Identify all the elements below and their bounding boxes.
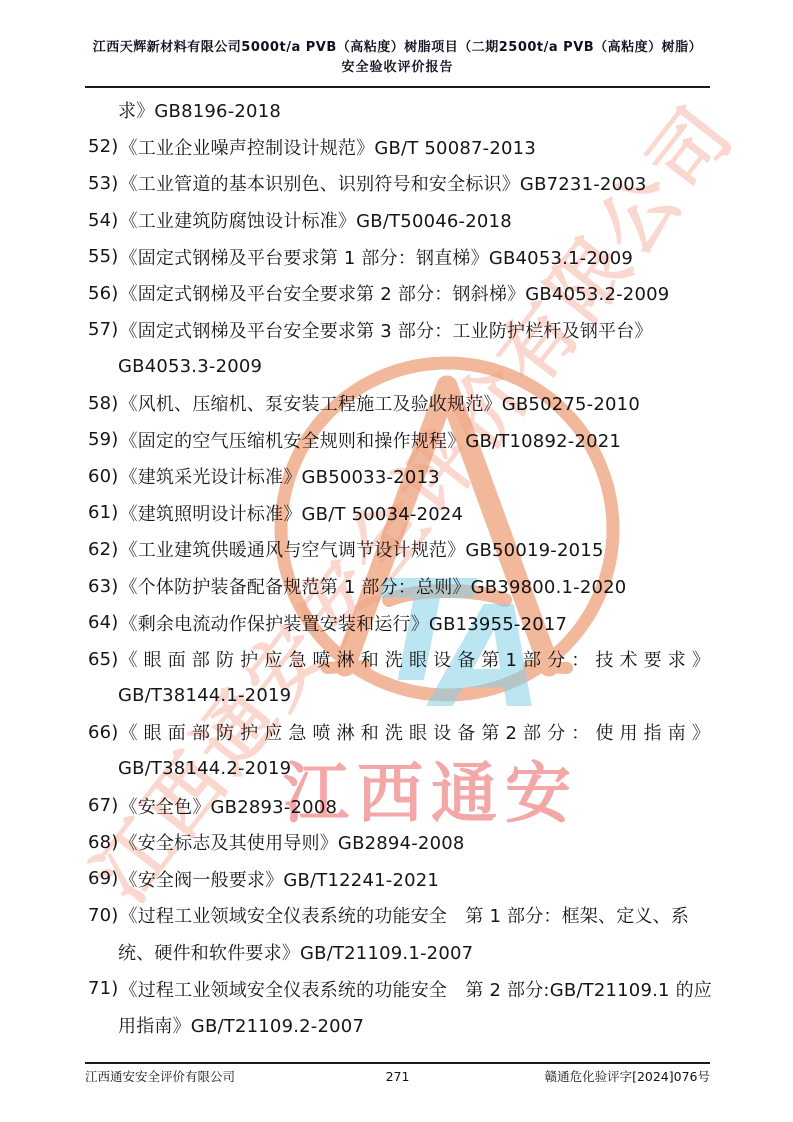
list-line-number: 58) [88, 393, 119, 414]
list-line: 66) 《 眼 面 部 防 护 应 急 喷 淋 和 洗 眼 设 备 第 2 部 … [88, 714, 716, 751]
list-line: 统、硬件和软件要求》GB/T21109.1-2007 [88, 934, 716, 971]
list-line-number: 57) [88, 319, 119, 340]
list-line-number: 67) [88, 795, 119, 816]
list-line: GB/T38144.2-2019 [88, 751, 716, 788]
report-title-line1: 江西天辉新材料有限公司5000t/a PVB（高粘度）树脂项目（二期2500t/… [85, 38, 710, 58]
list-line-text: 《固定的空气压缩机安全规则和操作规程》GB/T10892-2021 [120, 427, 622, 453]
page-footer: 271 江西通安安全评价有限公司 赣通危化验评字[2024]076号 [85, 1062, 710, 1085]
list-line-text: 《固定式钢梯及平台要求第 1 部分：钢直梯》GB4053.1-2009 [120, 244, 633, 270]
list-line-text: GB4053.3-2009 [118, 356, 262, 377]
list-line-text: 《工业管道的基本识别色、识别符号和安全标识》GB7231-2003 [120, 170, 647, 196]
list-line: 57) 《固定式钢梯及平台安全要求第 3 部分：工业防护栏杆及钢平台》 [88, 312, 716, 349]
list-line-number: 66) [88, 722, 119, 743]
list-line-text: 《工业建筑防腐蚀设计标准》GB/T50046-2018 [120, 207, 512, 233]
list-line-text: 用指南》GB/T21109.2-2007 [118, 1012, 364, 1038]
list-line-text: 统、硬件和软件要求》GB/T21109.1-2007 [118, 939, 473, 965]
list-line-text: 《安全色》GB2893-2008 [120, 793, 338, 819]
list-line-number: 71) [88, 978, 119, 999]
list-line-text: 求》GB8196-2018 [118, 97, 281, 123]
list-line-number: 68) [88, 832, 119, 853]
document-page: 江西天辉新材料有限公司5000t/a PVB（高粘度）树脂项目（二期2500t/… [0, 0, 793, 1122]
list-line: 64) 《剩余电流动作保护装置安装和运行》GB13955-2017 [88, 604, 716, 641]
list-line-text: 《过程工业领域安全仪表系统的功能安全 第 1 部分：框架、定义、系 [120, 902, 690, 928]
list-line: 59) 《固定的空气压缩机安全规则和操作规程》GB/T10892-2021 [88, 421, 716, 458]
list-line-text: 《工业建筑供暖通风与空气调节设计规范》GB50019-2015 [120, 536, 604, 562]
list-line-number: 54) [88, 210, 119, 231]
list-line-text: 《建筑采光设计标准》GB50033-2013 [120, 463, 440, 489]
list-line-text: 《安全阀一般要求》GB/T12241-2021 [120, 866, 440, 892]
list-line-number: 53) [88, 173, 119, 194]
list-line-number: 52) [88, 136, 119, 157]
list-line-text: 《个体防护装备配备规范第 1 部分：总则》GB39800.1-2020 [120, 573, 627, 599]
list-line: 62) 《工业建筑供暖通风与空气调节设计规范》GB50019-2015 [88, 531, 716, 568]
list-line: 68) 《安全标志及其使用导则》GB2894-2008 [88, 824, 716, 861]
list-line-text: 《过程工业领域安全仪表系统的功能安全 第 2 部分:GB/T21109.1 的应 [120, 976, 712, 1002]
list-line-text: 《安全标志及其使用导则》GB2894-2008 [120, 829, 465, 855]
list-line-text: 《固定式钢梯及平台安全要求第 2 部分：钢斜梯》GB4053.2-2009 [120, 280, 670, 306]
report-title-line2: 安全验收评价报告 [85, 58, 710, 86]
list-line-number: 59) [88, 429, 119, 450]
list-line-text: 《剩余电流动作保护装置安装和运行》GB13955-2017 [120, 610, 568, 636]
list-line: 58) 《风机、压缩机、泵安装工程施工及验收规范》GB50275-2010 [88, 385, 716, 422]
list-line: 56) 《固定式钢梯及平台安全要求第 2 部分：钢斜梯》GB4053.2-200… [88, 275, 716, 312]
footer-company-name: 江西通安安全评价有限公司 [85, 1067, 235, 1085]
list-line-text: 《工业企业噪声控制设计规范》GB/T 50087-2013 [120, 134, 536, 160]
list-line-text: 《 眼 面 部 防 护 应 急 喷 淋 和 洗 眼 设 备 第 1 部 分 ： … [120, 646, 711, 672]
list-line-text: 《风机、压缩机、泵安装工程施工及验收规范》GB50275-2010 [120, 390, 640, 416]
list-line-text: 《 眼 面 部 防 护 应 急 喷 淋 和 洗 眼 设 备 第 2 部 分 ： … [120, 719, 711, 745]
list-line-text: 《固定式钢梯及平台安全要求第 3 部分：工业防护栏杆及钢平台》 [120, 317, 653, 343]
list-line-number: 61) [88, 502, 119, 523]
list-line: 52) 《工业企业噪声控制设计规范》GB/T 50087-2013 [88, 129, 716, 166]
list-line-text: GB/T38144.1-2019 [118, 685, 291, 706]
list-line: 71) 《过程工业领域安全仪表系统的功能安全 第 2 部分:GB/T21109.… [88, 970, 716, 1007]
list-line-number: 56) [88, 283, 119, 304]
list-line: 求》GB8196-2018 [88, 92, 716, 129]
list-line-number: 69) [88, 868, 119, 889]
list-line-number: 55) [88, 246, 119, 267]
list-line-text: GB/T38144.2-2019 [118, 758, 291, 779]
list-line: 61) 《建筑照明设计标准》GB/T 50034-2024 [88, 495, 716, 532]
page-header: 江西天辉新材料有限公司5000t/a PVB（高粘度）树脂项目（二期2500t/… [85, 0, 710, 88]
list-line: 53) 《工业管道的基本识别色、识别符号和安全标识》GB7231-2003 [88, 165, 716, 202]
list-line: 63) 《个体防护装备配备规范第 1 部分：总则》GB39800.1-2020 [88, 568, 716, 605]
list-line: 70) 《过程工业领域安全仪表系统的功能安全 第 1 部分：框架、定义、系 [88, 897, 716, 934]
list-line: GB/T38144.1-2019 [88, 678, 716, 715]
list-line-text: 《建筑照明设计标准》GB/T 50034-2024 [120, 500, 464, 526]
list-line-number: 70) [88, 905, 119, 926]
footer-doc-number: 赣通危化验评字[2024]076号 [545, 1067, 710, 1085]
list-line: 54) 《工业建筑防腐蚀设计标准》GB/T50046-2018 [88, 202, 716, 239]
list-line-number: 64) [88, 612, 119, 633]
list-line: 67) 《安全色》GB2893-2008 [88, 787, 716, 824]
list-line: 55) 《固定式钢梯及平台要求第 1 部分：钢直梯》GB4053.1-2009 [88, 238, 716, 275]
list-line-number: 65) [88, 649, 119, 670]
list-line: 60) 《建筑采光设计标准》GB50033-2013 [88, 458, 716, 495]
standards-list: 求》GB8196-2018 52) 《工业企业噪声控制设计规范》GB/T 500… [88, 92, 716, 1043]
list-line: 69) 《安全阀一般要求》GB/T12241-2021 [88, 860, 716, 897]
list-line: 65) 《 眼 面 部 防 护 应 急 喷 淋 和 洗 眼 设 备 第 1 部 … [88, 641, 716, 678]
list-line-number: 63) [88, 576, 119, 597]
list-line-number: 62) [88, 539, 119, 560]
list-line: GB4053.3-2009 [88, 348, 716, 385]
list-line: 用指南》GB/T21109.2-2007 [88, 1007, 716, 1044]
list-line-number: 60) [88, 466, 119, 487]
